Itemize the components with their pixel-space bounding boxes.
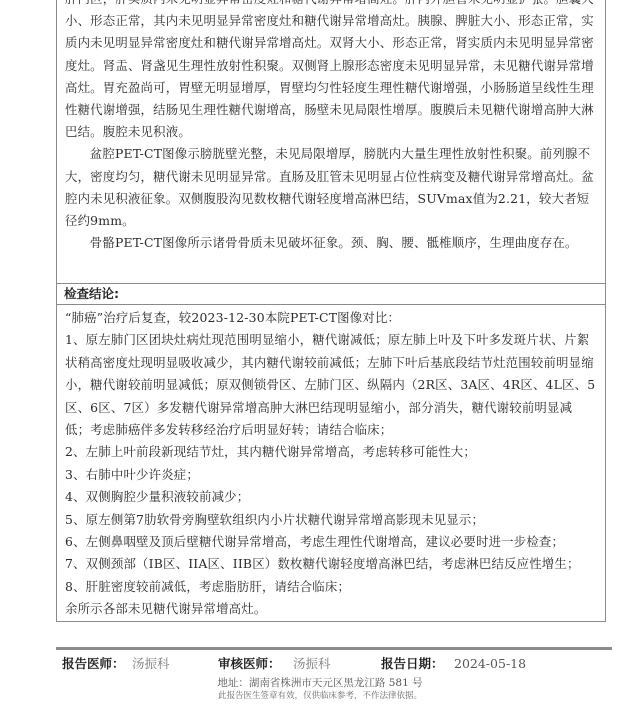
report-date: 2024-05-18 — [454, 654, 526, 674]
review-doctor-name: 汤振科 — [293, 654, 331, 674]
conclusion-header: 检查结论: — [57, 284, 605, 305]
conclusion-item-8: 8、肝脏密度较前减低，考虑脂肪肝，请结合临床； — [65, 576, 597, 598]
conclusion-item-6: 6、左侧鼻咽壁及顶后壁糖代谢异常增高，考虑生理性代谢增高，建议必要时进一步检查； — [65, 531, 597, 553]
report-doctor-name: 汤振科 — [132, 654, 170, 674]
signature-row: 报告医师： 汤振科 审核医师： 汤振科 报告日期： 2024-05-18 — [0, 654, 640, 674]
conclusion-item-4: 4、双侧胸腔少量积液较前减少； — [65, 486, 597, 508]
conclusion-closing: 余所示各部未见糖代谢异常增高灶。 — [65, 598, 597, 620]
report-disclaimer: 此报告医生签章有效，仅供临床参考，不作法律依据。 — [0, 690, 640, 702]
conclusion-section: 检查结论: “肺癌”治疗后复查，较2023-12-30本院PET-CT图像对比：… — [56, 283, 606, 622]
conclusion-intro: “肺癌”治疗后复查，较2023-12-30本院PET-CT图像对比： — [65, 307, 597, 329]
report-date-label: 报告日期： — [381, 654, 444, 674]
conclusion-item-5: 5、原左侧第7肋软骨旁胸壁软组织内小片状糖代谢异常增高影现未见显示； — [65, 509, 597, 531]
conclusion-item-2: 2、左肺上叶前段新现结节灶，其内糖代谢异常增高，考虑转移可能性大； — [65, 441, 597, 463]
findings-paragraph-bone: 骨骼PET-CT图像所示诸骨骨质未见破坏征象。颈、胸、腰、骶椎顺序，生理曲度存在… — [65, 232, 597, 254]
conclusion-item-3: 3、右肺中叶少许炎症； — [65, 464, 597, 486]
review-doctor-label: 审核医师： — [218, 654, 281, 674]
hospital-address: 地址：湖南省株洲市天元区黑龙江路 581 号 — [0, 676, 640, 690]
findings-paragraph-pelvis: 盆腔PET-CT图像示膀胱壁光整，未见局限增厚，膀胱内大量生理性放射性积聚。前列… — [65, 143, 597, 232]
footer-divider — [56, 647, 612, 650]
findings-text: 肝门区，肝实质内未见明显异常密度灶和糖代谢异常增高灶。肝内外胆管未见明显扩张。胆… — [57, 0, 605, 254]
conclusion-item-7: 7、双侧颈部（IB区、IIA区、IIB区）数枚糖代谢轻度增高淋巴结，考虑淋巴结反… — [65, 553, 597, 575]
findings-paragraph-abdomen: 肝门区，肝实质内未见明显异常密度灶和糖代谢异常增高灶。肝内外胆管未见明显扩张。胆… — [65, 0, 597, 143]
conclusion-item-1: 1、原左肺门区团块灶病灶现范围明显缩小，糖代谢减低；原左肺上叶及下叶多发斑片状、… — [65, 329, 597, 441]
report-doctor-label: 报告医师： — [62, 654, 125, 674]
findings-section: 肝门区，肝实质内未见明显异常密度灶和糖代谢异常增高灶。肝内外胆管未见明显扩张。胆… — [56, 0, 606, 283]
conclusion-text: “肺癌”治疗后复查，较2023-12-30本院PET-CT图像对比： 1、原左肺… — [57, 305, 605, 621]
